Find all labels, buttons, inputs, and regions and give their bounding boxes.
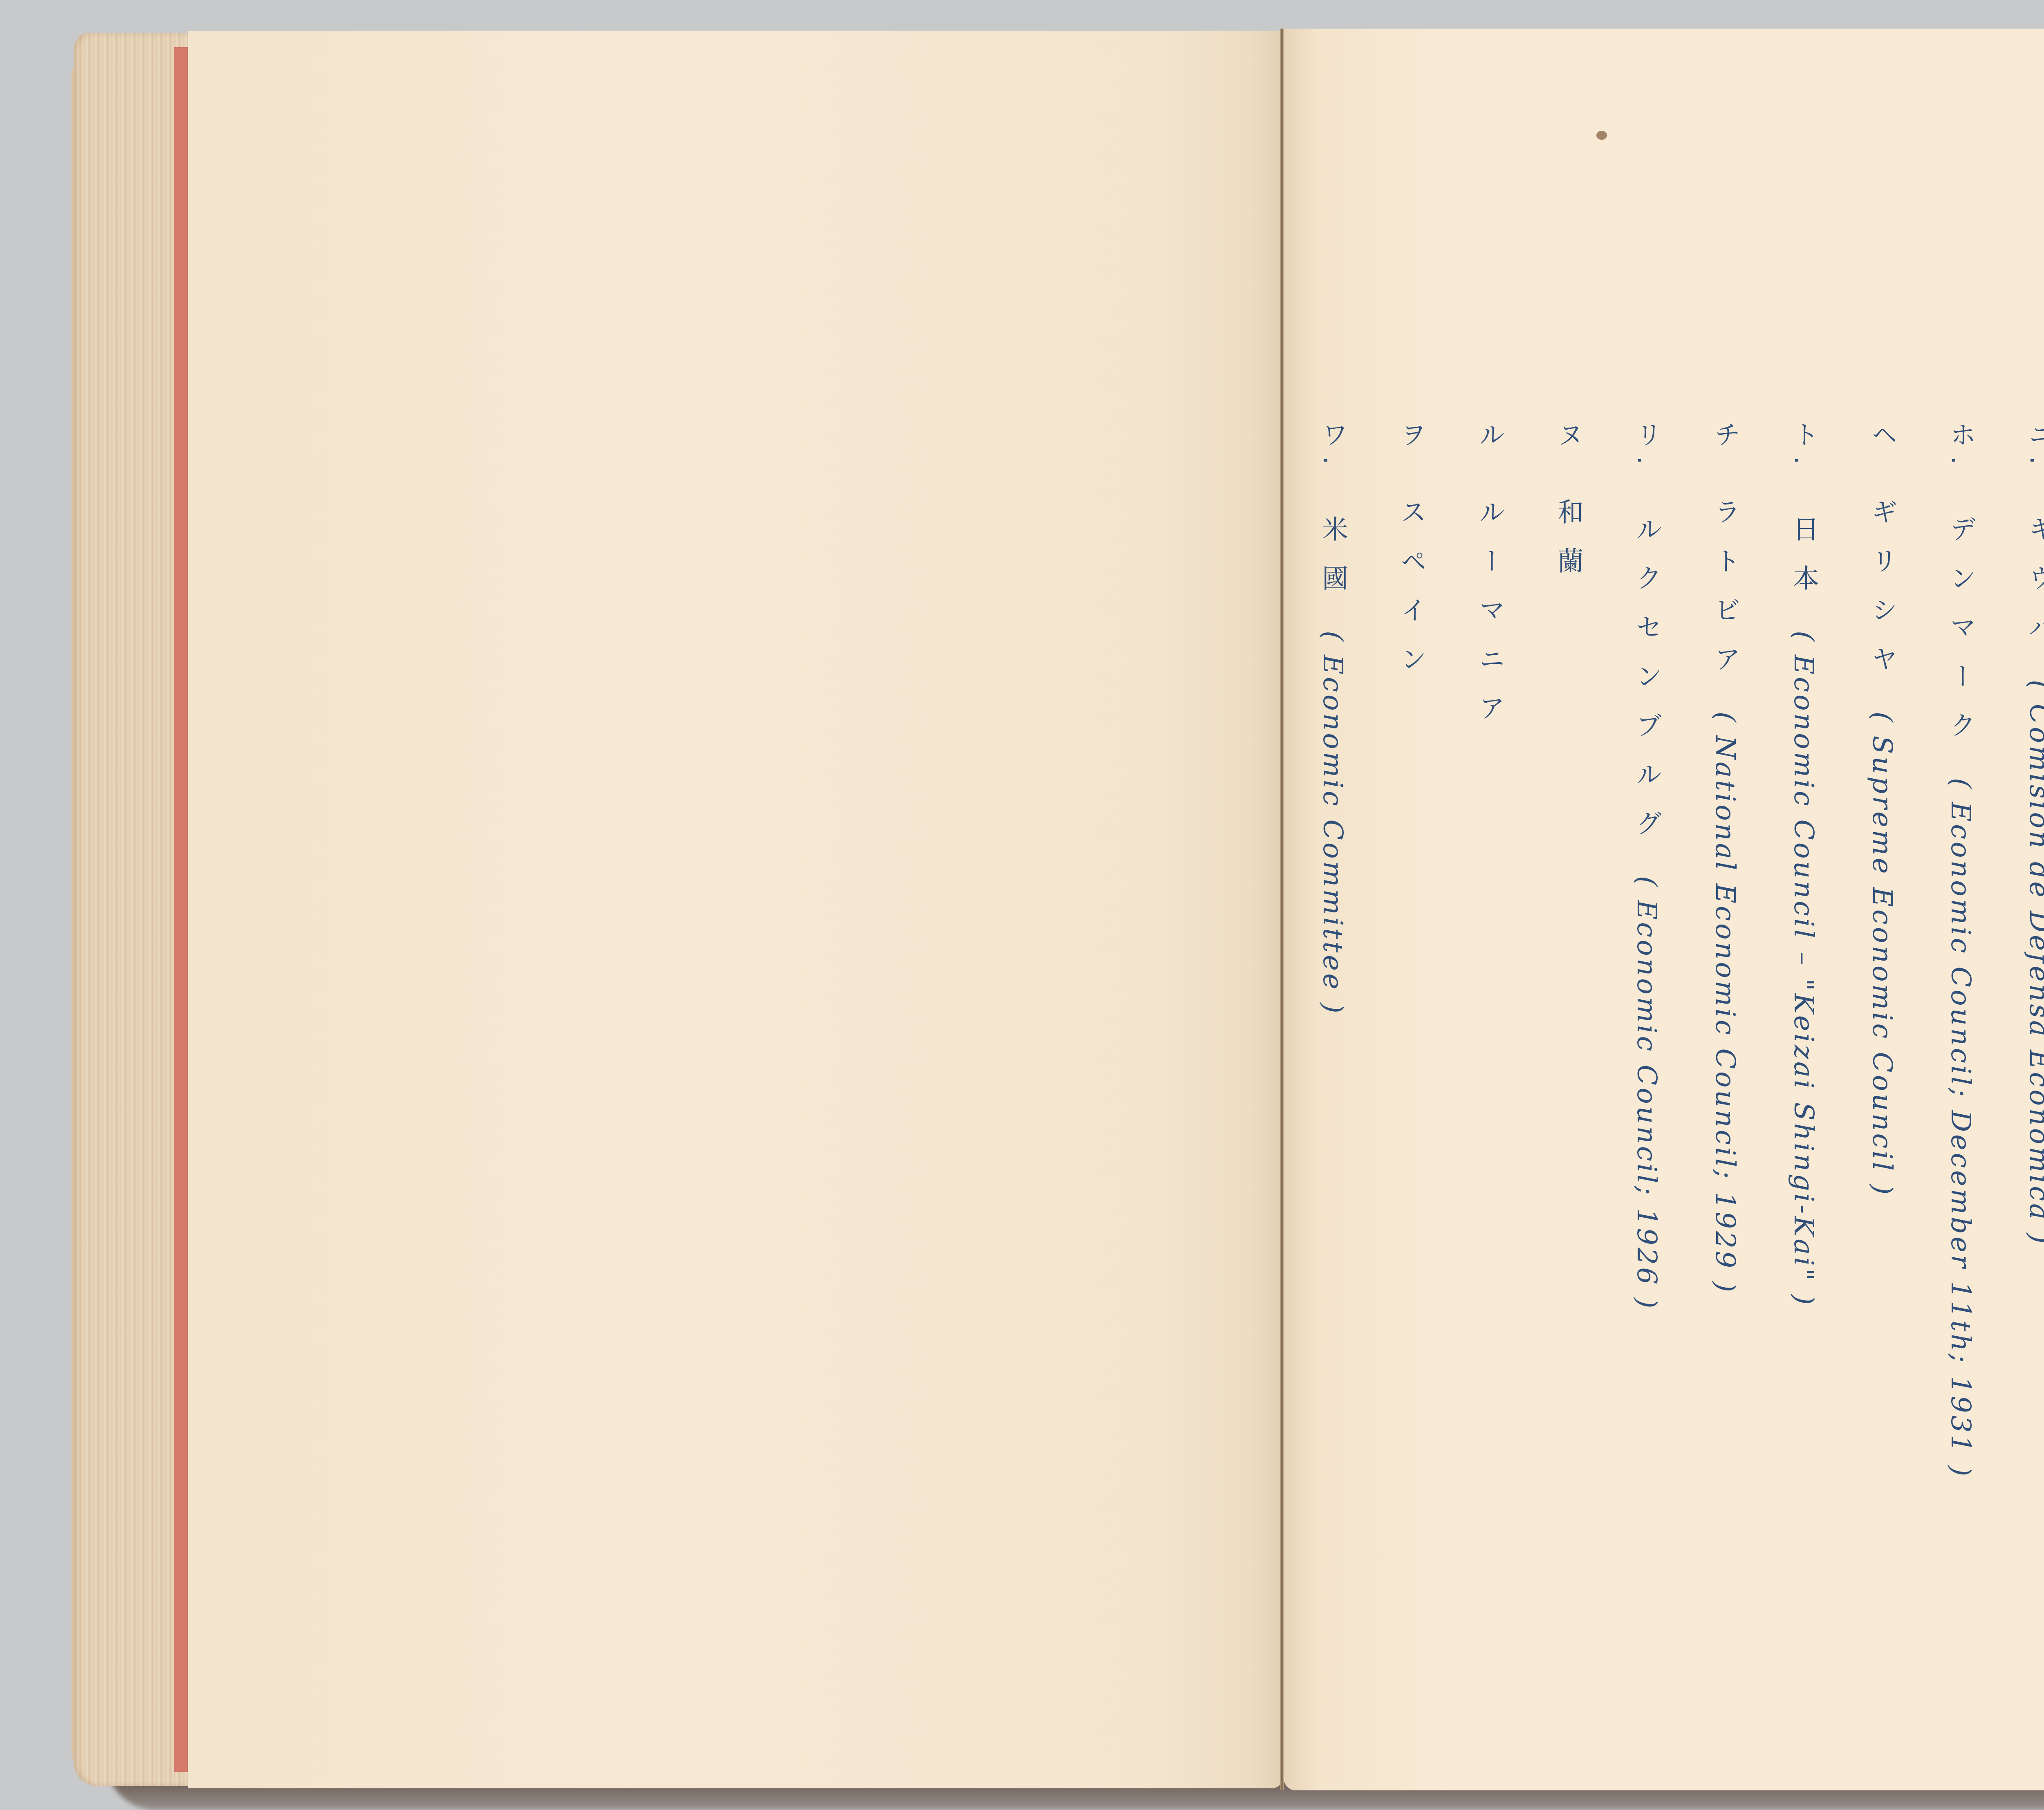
- book-gutter: [1280, 29, 1284, 1790]
- entry-country: 米國: [1318, 515, 1348, 614]
- entry-marker: ホ.: [1921, 421, 2000, 473]
- entry-marker: ル: [1450, 421, 1529, 456]
- entry-country: キウバ: [2024, 515, 2044, 663]
- list-item: ワ. 米國 ( Economic Committee ): [1293, 421, 1372, 1606]
- entry-marker: リ.: [1607, 421, 1686, 473]
- left-page: [188, 31, 1284, 1788]
- entry-note: ( Economic Council – "Keizai Shingi-Kai"…: [1788, 631, 1820, 1307]
- entry-marker: チ: [1686, 421, 1764, 456]
- entry-marker: ヲ: [1372, 421, 1450, 456]
- entry-country: デンマーク: [1945, 515, 1976, 761]
- entry-note: ( Comisión de Defensa Económica ): [2024, 680, 2044, 1246]
- entry-country: ルーマニア: [1475, 498, 1505, 743]
- list-item: リ. ルクセンブルグ ( Economic Council; 1926 ): [1607, 421, 1686, 1606]
- entry-note: ( Economic Committee ): [1317, 631, 1349, 1016]
- entry-note: ( National Economic Council; 1929 ): [1710, 712, 1741, 1295]
- entry-marker: ワ.: [1293, 421, 1372, 473]
- entry-note: ( Economic Council; December 11th; 1931 …: [1945, 778, 1977, 1478]
- entry-country: 和蘭: [1553, 498, 1583, 596]
- left-red-edge: [174, 47, 188, 1772]
- entry-marker: ニ.: [2000, 421, 2044, 473]
- ink-spot: [1596, 131, 1607, 140]
- list-item: ニ. キウバ ( Comisión de Defensa Económica ): [2000, 421, 2044, 1606]
- entry-note: ( Supreme Economic Council ): [1867, 712, 1898, 1197]
- entry-marker: ト.: [1764, 421, 1843, 473]
- list-item: ト. 日本 ( Economic Council – "Keizai Shing…: [1764, 421, 1843, 1606]
- list-item: ヲ スペイン: [1372, 421, 1450, 1606]
- list-item: ホ. デンマーク ( Economic Council; December 11…: [1921, 421, 2000, 1606]
- entry-country: スペイン: [1396, 498, 1426, 694]
- open-book: 4 イ. ベルギー ( Supreme Economic Council; Au…: [0, 0, 2044, 1810]
- entry-country: ギリシヤ: [1867, 498, 1897, 694]
- list-item: ヘ ギリシヤ ( Supreme Economic Council ): [1843, 421, 1921, 1606]
- entry-marker: ヘ: [1843, 421, 1921, 456]
- entry-country: 日本: [1788, 515, 1819, 614]
- entry-country: ラトビア: [1710, 498, 1740, 694]
- list-item: チ ラトビア ( National Economic Council; 1929…: [1686, 421, 1764, 1606]
- country-list: イ. ベルギー ( Supreme Economic Council; Augu…: [1293, 421, 2044, 1606]
- entry-marker: ヌ: [1529, 421, 1607, 456]
- entry-country: ルクセンブルグ: [1632, 515, 1662, 859]
- list-item: ヌ 和蘭: [1529, 421, 1607, 1606]
- entry-note: ( Economic Council; 1926 ): [1631, 876, 1663, 1311]
- list-item: ル ルーマニア: [1450, 421, 1529, 1606]
